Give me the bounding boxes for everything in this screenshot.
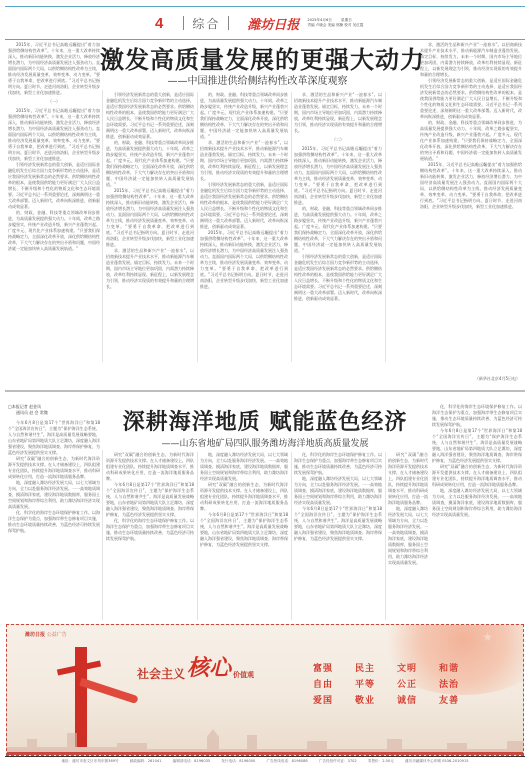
paragraph: 2015年，习近平总书记高瞻远瞩提出“着力加强供给侧结构性改革”。十年来，这一重… <box>420 162 522 210</box>
ad-label: 潍坊日报 公益广告 <box>25 631 67 638</box>
article1-column-gap <box>388 92 418 362</box>
column-rule <box>291 452 292 620</box>
value-item: 富强 <box>313 661 355 674</box>
article2-subheadline: ——山东省地矿局四队服务潍坊海洋地质高质量发展 <box>100 436 430 449</box>
page-footer: 地址：潍坊市奎文区东风东街369号 邮政编码：261041 编辑部电话：8196… <box>0 759 530 764</box>
column-rule <box>102 450 103 620</box>
value-item: 和谐 <box>439 661 481 674</box>
column-rule <box>102 90 103 362</box>
paper-logo: 潍坊日报 <box>247 14 299 33</box>
paragraph: 今年6月8日是第17个“世界海洋日”和第18个“全国海洋宣传日”，主题为“保护海… <box>8 420 100 456</box>
editor-credits: 责编 卢晓会 美编 邢楠 校对 吴红霞 <box>307 23 363 28</box>
paragraph: 地，深度融入潍坊经济发展大局，以七大领域为方向，全力以赴服务海洋经济发展。一一高… <box>8 480 100 510</box>
section-marker: （二） <box>294 137 382 143</box>
paragraph: 地，深度融入潍坊经济发展大局，以七大领域为方向，全力以赴服务海洋经济发展。一一高… <box>294 476 382 506</box>
ad-title-prefix: 社会主义 <box>137 665 185 682</box>
paragraph: 研究“双碳”融合的创新生态，为新时代海洋资源开发提供技术支撑。在人才储备建设上，… <box>388 452 428 506</box>
paragraph: 的，财政、金融、科技等重点领域改革同步推进，为高质量发展提供强大动力。十年间，改… <box>8 210 100 252</box>
issue-weekday: 星期日 <box>341 18 352 22</box>
value-item: 民主 <box>355 661 397 674</box>
ad-brand: 潍坊日报 <box>25 632 45 638</box>
paragraph: 化，科学化的海岸生态环境保护修复工作。以海洋生态保护为重点，加强海岸带生态修复项… <box>432 404 522 428</box>
paragraph: 求，激活的生品和新兴产业“一池春水”。以招商新技术提升产业技术水平，推动新能源汽… <box>420 42 522 78</box>
star-icon: ★ <box>482 630 493 644</box>
source-credit: （新华社北京4月5日电） <box>475 376 520 381</box>
core-values-grid: 富强 民主 文明 和谐 自由 平等 公正 法治 爱国 敬业 诚信 友善 <box>313 661 481 706</box>
article1-column-4: 求，激活的生品和新兴产业“一池春水”。以招商新技术提升产业技术水平，推动新能源汽… <box>294 92 382 362</box>
article2-column-1: 今年6月8日是第17个“世界海洋日”和第18个“全国海洋宣传日”，主题为“保护海… <box>8 420 100 620</box>
divider <box>183 16 184 30</box>
article2-column-6: 化，科学化的海岸生态环境保护修复工作。以海洋生态保护为重点，加强海岸带生态修复项… <box>432 404 522 620</box>
paragraph: 2015年，习近平总书记高瞻远瞩提出“着力加强供给侧结构性改革”。十年来，这一重… <box>294 146 382 206</box>
article2-column-4: 化，科学化的海岸生态环境保护修复工作。以海洋生态保护为重点，加强海岸带生态修复项… <box>294 452 382 620</box>
value-item: 友善 <box>439 693 481 706</box>
paragraph: 引领经济发展新常态的重大创新，是适应国际金融危机发生后综合国力竞争新形势的主动选… <box>106 92 194 140</box>
paragraph: 化，科学化的海岸生态环境保护修复工作。以海洋生态保护为重点，加强海岸带生态修复项… <box>106 518 194 542</box>
paragraph: 研究“双碳”融合的创新生态，为新时代海洋资源开发提供技术支撑。在人才储备建设上，… <box>432 464 522 488</box>
paragraph: 化，科学化的海岸生态环境保护修复工作。以海洋生态保护为重点，加强海岸带生态修复项… <box>294 452 382 476</box>
paragraph: 今年6月8日是第17个“世界海洋日”和第18个“全国海洋宣传日”，主题为“保护海… <box>294 506 382 542</box>
article2-column-5a: 研究“双碳”融合的创新生态，为新时代海洋资源开发提供技术支撑。在人才储备建设上，… <box>388 452 428 620</box>
footer-editorial-phone: 编辑部电话：8196035 <box>173 759 211 763</box>
paragraph: 研究“双碳”融合的创新生态，为新时代海洋资源开发提供技术支撑。在人才储备建设上，… <box>200 482 288 512</box>
footer-price: 零售价：2.00元 <box>368 759 394 763</box>
paragraph: 引领经济发展新常态的重大创新，是适应国际金融危机发生后综合国力竞争新形势的主动选… <box>200 182 288 230</box>
value-item: 爱国 <box>313 693 355 706</box>
article1-column-5: 求，激活的生品和新兴产业“一池春水”。以招商新技术提升产业技术水平，推动新能源汽… <box>420 42 522 362</box>
paragraph: 化，科学化的海岸生态环境保护修复工作。以海洋生态保护为重点，加强海岸带生态修复项… <box>8 510 100 534</box>
value-item: 文明 <box>397 661 439 674</box>
paragraph: 今年6月8日是第17个“世界海洋日”和第18个“全国海洋宣传日”，主题为“保护海… <box>200 512 288 548</box>
value-item: 公正 <box>397 677 439 690</box>
article-divider <box>5 390 525 392</box>
value-item: 法治 <box>439 677 481 690</box>
column-rule <box>197 92 198 362</box>
article2-byline: □本报记者 赵金凤 通讯员 赵 会 常微 <box>8 404 48 416</box>
ad-title-suffix: 价值观 <box>233 670 254 680</box>
city-skyline-illustration <box>7 725 524 755</box>
footer-postcode: 邮政编码：261041 <box>130 759 162 763</box>
paragraph: 的，财政、金融、科技等重点领域改革同步推进，为高质量发展提供强大动力。十年间，改… <box>200 92 288 140</box>
column-rule <box>385 452 386 620</box>
value-item: 诚信 <box>397 693 439 706</box>
footer-rule <box>5 756 525 757</box>
article2-column-2: 研究“双碳”融合的创新生态，为新时代海洋资源开发提供技术支撑。在人才储备建设上，… <box>106 452 194 620</box>
article1-headline: 激发高质量发展的更强大动力 <box>100 40 415 75</box>
footer-address: 地址：潍坊市奎文区东风东街369号 <box>61 759 118 763</box>
article1-subheadline: ——中国推进供给侧结构性改革深度观察 <box>100 72 415 87</box>
column-rule <box>385 92 386 362</box>
paragraph: 引领经济发展新常态的重大创新，是适应国际金融危机发生后综合国力竞争新形势的主动选… <box>420 78 522 120</box>
ad-title-main: 核心 <box>187 651 231 682</box>
paragraph: 2015年，习近平总书记高瞻远瞩提出“着力加强供给侧结构性改革”。十年来，这一重… <box>8 108 100 162</box>
paragraph: 的，财政、金融、科技等重点领域改革同步推进，为高质量发展提供强大动力。十年间，改… <box>420 120 522 162</box>
value-item: 自由 <box>313 677 355 690</box>
article1-column-2: 引领经济发展新常态的重大创新，是适应国际金融危机发生后综合国力竞争新形势的主动选… <box>106 92 194 362</box>
footer-ad-license: 广告经营许可证：3702 <box>319 759 357 763</box>
paragraph: 引领经济发展新常态的重大创新，是适应国际金融危机发生后综合国力竞争新形势的主动选… <box>294 254 382 302</box>
paragraph: 的，财政、金融、科技等重点领域改革同步推进，为高质量发展提供强大动力。十年间，改… <box>106 140 194 188</box>
footer-printer: 潍坊市融媒体中心印刷 0536-2010915 <box>405 759 469 763</box>
paragraph: 引领经济发展新常态的重大创新，是适应国际金融危机发生后综合国力竞争新形势的主动选… <box>8 162 100 210</box>
article2-headline: 深耕海洋地质 赋能蓝色经济 <box>100 405 430 436</box>
value-item: 平等 <box>355 677 397 690</box>
ad-title: 社会主义 核心 价值观 <box>137 651 254 682</box>
article1-column-1: 2015年，习近平总书记高瞻远瞩提出“着力加强供给侧结构性改革”。十年来，这一重… <box>8 42 100 362</box>
paragraph: 地，深度融入潍坊经济发展大局，以七大领域为方向，全力以赴服务海洋经济发展。一一高… <box>388 506 428 566</box>
article2-column-3: 地，深度融入潍坊经济发展大局，以七大领域为方向，全力以赴服务海洋经济发展。一一高… <box>200 452 288 620</box>
paragraph: 求，激活的生品和新兴产业“一池春水”。以招商新技术提升产业技术水平，推动新能源汽… <box>294 92 382 134</box>
paragraph: 2015年，习近平总书记高瞻远瞩提出“着力加强供给侧结构性改革”。十年来，这一重… <box>8 42 100 96</box>
issue-date: 2025年4月6日 <box>307 18 332 22</box>
paragraph: 研究“双碳”融合的创新生态，为新时代海洋资源开发提供技术支撑。在人才储备建设上，… <box>8 456 100 480</box>
paragraph: 2015年，习近平总书记高瞻远瞩提出“着力加强供给侧结构性改革”。十年来，这一重… <box>200 230 288 290</box>
column-rule <box>197 452 198 620</box>
value-item: 敬业 <box>355 693 397 706</box>
public-service-ad: ★ 潍坊日报 公益广告 社会主义 核心 价值观 富强 民主 文明 和谐 自由 平… <box>6 624 524 756</box>
ad-type: 公益广告 <box>47 632 67 638</box>
masthead: 4 综合 潍坊日报 2025年4月6日 星期日 责编 卢晓会 美编 邢楠 校对 … <box>5 6 525 40</box>
issue-meta: 2025年4月6日 星期日 责编 卢晓会 美编 邢楠 校对 吴红霞 <box>307 18 363 28</box>
divider <box>228 16 229 30</box>
paragraph: 地，深度融入潍坊经济发展大局，以七大领域为方向，全力以赴服务海洋经济发展。一一高… <box>432 488 522 518</box>
paragraph: 求，激活的生品和新兴产业“一池春水”。以招商新技术提升产业技术水平，推动新能源汽… <box>106 248 194 290</box>
section-title: 综合 <box>192 15 220 32</box>
section-marker: （一） <box>8 99 100 105</box>
paragraph: 求，激活的生品和新兴产业“一池春水”。以招商新技术提升产业技术水平，推动新能源汽… <box>200 140 288 182</box>
article1-column-3: 的，财政、金融、科技等重点领域改革同步推进，为高质量发展提供强大动力。十年间，改… <box>200 92 288 362</box>
column-rule <box>291 92 292 362</box>
paragraph: 研究“双碳”融合的创新生态，为新时代海洋资源开发提供技术支撑。在人才储备建设上，… <box>106 452 194 482</box>
page-number: 4 <box>155 15 163 32</box>
paragraph: 2015年，习近平总书记高瞻远瞩提出“着力加强供给侧结构性改革”。十年来，这一重… <box>106 188 194 248</box>
paragraph: 地，深度融入潍坊经济发展大局，以七大领域为方向，全力以赴服务海洋经济发展。一一高… <box>200 452 288 482</box>
footer-ad-phone: 广告热线电话：8196088 <box>266 759 307 763</box>
footer-distribution-phone: 发行电话：8196000 <box>221 759 255 763</box>
correspondent-credit: 通讯员 赵 会 常微 <box>8 410 48 416</box>
paragraph: 的，财政、金融、科技等重点领域改革同步推进，为高质量发展提供强大动力。十年间，改… <box>294 206 382 254</box>
paragraph: 今年6月8日是第17个“世界海洋日”和第18个“全国海洋宣传日”，主题为“保护海… <box>106 482 194 518</box>
article1-source: （新华社北京4月5日电） <box>430 376 520 384</box>
paragraph: 今年6月8日是第17个“世界海洋日”和第18个“全国海洋宣传日”，主题为“保护海… <box>432 428 522 464</box>
